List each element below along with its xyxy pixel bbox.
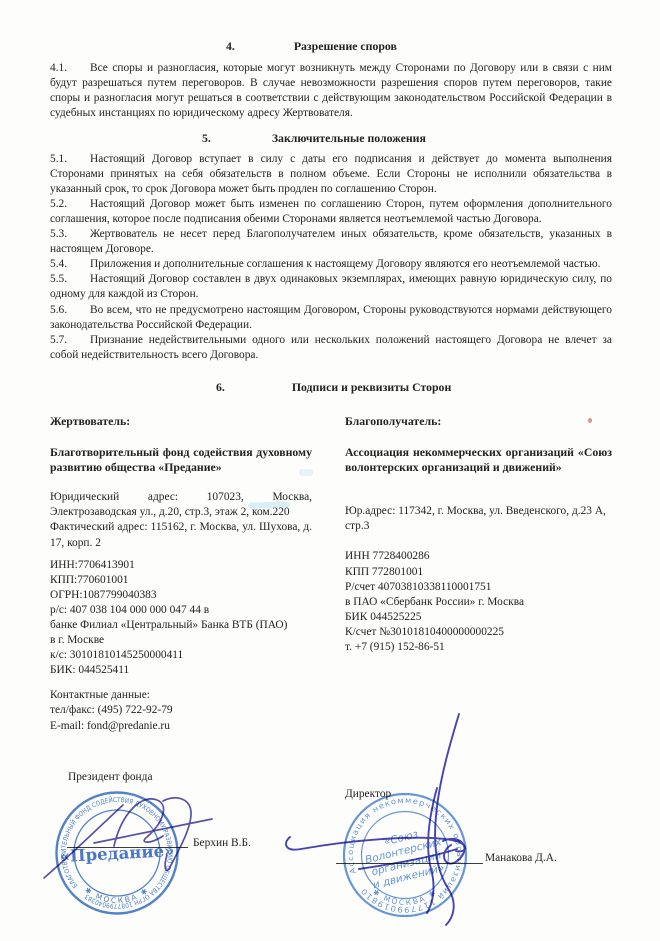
- detail-line: т. +7 (915) 152-86-51: [345, 640, 612, 655]
- contract-page: 4. Разрешение споров 4.1.Все споры и раз…: [0, 0, 660, 941]
- section-title: Заключительные положения: [272, 131, 426, 145]
- scan-artifact: [588, 418, 592, 423]
- beneficiary-signer-name: Манакова Д.А.: [485, 851, 557, 866]
- donor-signer-name: Берхин В.Б.: [193, 836, 251, 851]
- donor-bank-details: ИНН:7706413901 КПП:770601001 ОГРН:108779…: [50, 558, 312, 679]
- clause-number: 5.3.: [50, 227, 90, 242]
- beneficiary-legal-address: Юр.адрес: 117342, г. Москва, ул. Введенс…: [345, 504, 612, 534]
- detail-line: БИК: 044525411: [50, 663, 312, 678]
- clause-number: 5.6.: [50, 303, 90, 318]
- donor-round-stamp-icon: БЛАГОТВОРИТЕЛЬНЫЙ ФОНД СОДЕЙСТВИЯ ДУХОВН…: [53, 789, 181, 917]
- beneficiary-column: Благополучатель: Ассоциация некоммерческ…: [345, 414, 612, 734]
- detail-line: банке Филиал «Центральный» Банка ВТБ (ПА…: [50, 618, 312, 633]
- clause: 5.6.Во всем, что не предусмотрено настоя…: [50, 303, 612, 333]
- clause-number: 5.5.: [50, 272, 90, 287]
- beneficiary-role-label: Благополучатель:: [345, 414, 612, 429]
- section-title: Подписи и реквизиты Сторон: [292, 380, 451, 394]
- detail-line: р/с: 407 038 104 000 000 047 44 в: [50, 603, 312, 618]
- section-number: 6.: [216, 380, 225, 394]
- donor-role-label: Жертвователь:: [50, 414, 312, 429]
- clause-number: 4.1.: [50, 61, 90, 76]
- clause-number: 5.2.: [50, 197, 90, 212]
- clause: 5.5.Настоящий Договор составлен в двух о…: [50, 272, 612, 302]
- detail-line: БИК 044525225: [345, 610, 612, 625]
- donor-signer-title: Президент фонда: [68, 770, 153, 785]
- clause-text: Настоящий Договор составлен в двух одина…: [50, 273, 612, 300]
- clause: 5.1.Настоящий Договор вступает в силу с …: [50, 152, 612, 197]
- section-6-heading: 6. Подписи и реквизиты Сторон: [50, 380, 612, 395]
- section-number: 4.: [226, 39, 235, 53]
- donor-contacts: Контактные данные: тел/факс: (495) 722-9…: [50, 688, 312, 733]
- clause: 5.4.Приложения и дополнительные соглашен…: [50, 257, 612, 272]
- stamp-center-text: «Союз Волонтерских организаций и движени…: [361, 823, 450, 892]
- detail-line: Р/счет 40703810338110001751: [345, 580, 612, 595]
- clause-text: Приложения и дополнительные соглашения к…: [90, 258, 601, 270]
- donor-column: Жертвователь: Благотворительный фонд сод…: [50, 414, 312, 734]
- clause-text: Признание недействительными одного или н…: [50, 334, 612, 361]
- clause: 5.3.Жертвователь не несет перед Благопол…: [50, 227, 612, 257]
- clause-text: Во всем, что не предусмотрено настоящим …: [50, 304, 612, 331]
- detail-line: ИНН:7706413901: [50, 558, 312, 573]
- donor-name: Благотворительный фонд содействия духовн…: [50, 445, 312, 475]
- detail-line: КПП 772801001: [345, 565, 612, 580]
- detail-line: в ПАО «Сбербанк России» г. Москва: [345, 595, 612, 610]
- section-number: 5.: [202, 131, 211, 145]
- detail-line: К/счет №30101810400000000225: [345, 625, 612, 640]
- section-4-heading: 4. Разрешение споров: [50, 39, 612, 54]
- clause-text: Жертвователь не несет перед Благополучат…: [50, 228, 612, 255]
- beneficiary-bank-details: ИНН 7728400286 КПП 772801001 Р/счет 4070…: [345, 549, 612, 655]
- clause-text: Настоящий Договор может быть изменен по …: [50, 198, 612, 225]
- stamp-center-text: «Предание»: [59, 841, 175, 866]
- scan-artifact: [299, 469, 313, 476]
- beneficiary-round-stamp-icon: Ассоциация некоммерческих организаций 11…: [340, 790, 470, 920]
- clause-number: 5.4.: [50, 257, 90, 272]
- clause: 4.1.Все споры и разногласия, которые мог…: [50, 61, 612, 121]
- detail-line: КПП:770601001: [50, 573, 312, 588]
- clause: 5.7.Признание недействительными одного и…: [50, 333, 612, 363]
- detail-line: к/с: 30101810145250000411: [50, 648, 312, 663]
- contact-line: тел/факс: (495) 722-92-79: [50, 703, 312, 718]
- donor-actual-address: Фактический адрес: 115162, г. Москва, ул…: [50, 520, 312, 550]
- clause-number: 5.1.: [50, 152, 90, 167]
- detail-line: ИНН 7728400286: [345, 549, 612, 564]
- beneficiary-name: Ассоциация некоммерческих организаций «С…: [345, 445, 612, 475]
- clause-text: Все споры и разногласия, которые могут в…: [50, 62, 612, 119]
- contact-line: Контактные данные:: [50, 688, 312, 703]
- contract-body: 4. Разрешение споров 4.1.Все споры и раз…: [0, 0, 660, 734]
- requisites-columns: Жертвователь: Благотворительный фонд сод…: [50, 414, 612, 734]
- contact-line: E-mail: fond@predanie.ru: [50, 719, 312, 734]
- clause-number: 5.7.: [50, 333, 90, 348]
- clause: 5.2.Настоящий Договор может быть изменен…: [50, 197, 612, 227]
- section-5-heading: 5. Заключительные положения: [50, 131, 612, 146]
- detail-line: в г. Москве: [50, 633, 312, 648]
- section-title: Разрешение споров: [294, 39, 397, 53]
- clause-text: Настоящий Договор вступает в силу с даты…: [50, 153, 612, 195]
- detail-line: ОГРН:1087799040383: [50, 588, 312, 603]
